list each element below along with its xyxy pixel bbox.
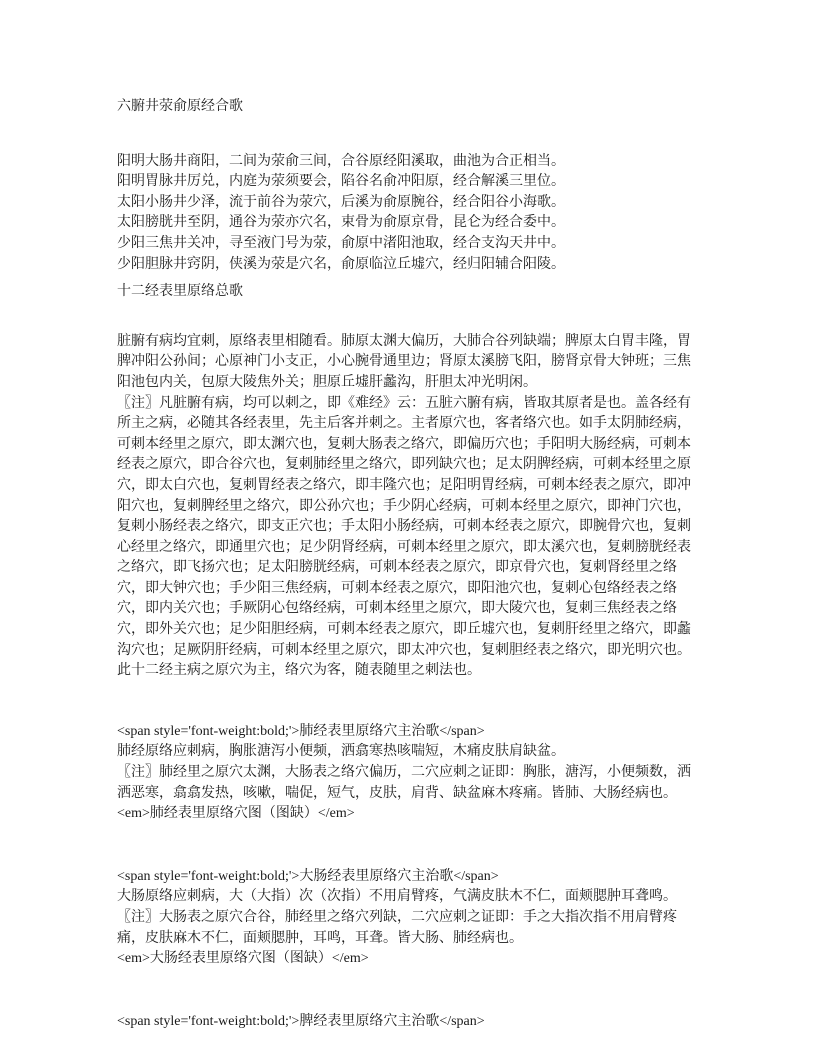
poem-line: 少阳胆脉井窍阴，侠溪为荥是穴名，俞原临泣丘墟穴，经归阳辅合阳陵。 <box>117 255 700 276</box>
raw-em-figure-caption: <em>大肠经表里原络穴图（图缺）</em> <box>117 949 700 970</box>
poem-line: 阳明大肠井商阳，二间为荥俞三间，合谷原经阳溪取，曲池为合正相当。 <box>117 152 700 173</box>
section1-poem: 阳明大肠井商阳，二间为荥俞三间，合谷原经阳溪取，曲池为合正相当。 阳明胃脉井厉兑… <box>117 152 700 276</box>
document-page: 六腑井荥俞原经合歌 阳明大肠井商阳，二间为荥俞三间，合谷原经阳溪取，曲池为合正相… <box>0 0 816 1056</box>
poem-line: 太阳小肠井少泽，流于前谷为荥穴，后溪为俞原腕谷，经合阳谷小海歌。 <box>117 193 700 214</box>
poem-line: 少阳三焦井关冲，寻至液门号为荥，俞原中渚阳池取，经合支沟天井中。 <box>117 234 700 255</box>
section1-title: 六腑井荥俞原经合歌 <box>117 97 700 118</box>
section4-note: 〖注〗大肠表之原穴合谷，肺经里之络穴列缺，二穴应刺之证即：手之大指次指不用肩臂疼… <box>117 908 700 949</box>
section2-note: 〖注〗凡脏腑有病，均可以刺之，即《难经》云：五脏六腑有病，皆取其原者是也。盖各经… <box>117 394 700 682</box>
raw-span-heading: <span style='font-weight:bold;'>大肠经表里原络穴… <box>117 867 700 888</box>
section-spleen: <span style='font-weight:bold;'>脾经表里原络穴主… <box>117 1012 700 1033</box>
section4-poem: 大肠原络应刺病，大（大指）次（次指）不用肩臂疼，气满皮肤木不仁，面颊腮肿耳聋鸣。 <box>117 887 700 908</box>
section-large-intestine: <span style='font-weight:bold;'>大肠经表里原络穴… <box>117 867 700 970</box>
section-lung: <span style='font-weight:bold;'>肺经表里原络穴主… <box>117 722 700 825</box>
section3-poem: 肺经原络应刺病，胸胀溏泻小便频，洒翕寒热咳喘短，木痛皮肤肩缺盆。 <box>117 742 700 763</box>
section3-note: 〖注〗肺经里之原穴太渊，大肠表之络穴偏历，二穴应刺之证即：胸胀，溏泻，小便频数，… <box>117 763 700 804</box>
raw-em-figure-caption: <em>肺经表里原络穴图（图缺）</em> <box>117 804 700 825</box>
raw-span-heading: <span style='font-weight:bold;'>肺经表里原络穴主… <box>117 722 700 743</box>
poem-line: 太阳膀胱井至阴，通谷为荥亦穴名，束骨为俞原京骨，昆仑为经合委中。 <box>117 213 700 234</box>
poem-line: 阳明胃脉井厉兑，内庭为荥须要会，陷谷名俞冲阳原，经合解溪三里位。 <box>117 172 700 193</box>
section2-title: 十二经表里原络总歌 <box>117 282 700 303</box>
section2-poem: 脏腑有病均宜刺，原络表里相随看。肺原太渊大偏历，大肺合谷列缺端；脾原太白胃丰隆，… <box>117 332 700 394</box>
section2-body: 脏腑有病均宜刺，原络表里相随看。肺原太渊大偏历，大肺合谷列缺端；脾原太白胃丰隆，… <box>117 332 700 682</box>
raw-span-heading: <span style='font-weight:bold;'>脾经表里原络穴主… <box>117 1012 700 1033</box>
